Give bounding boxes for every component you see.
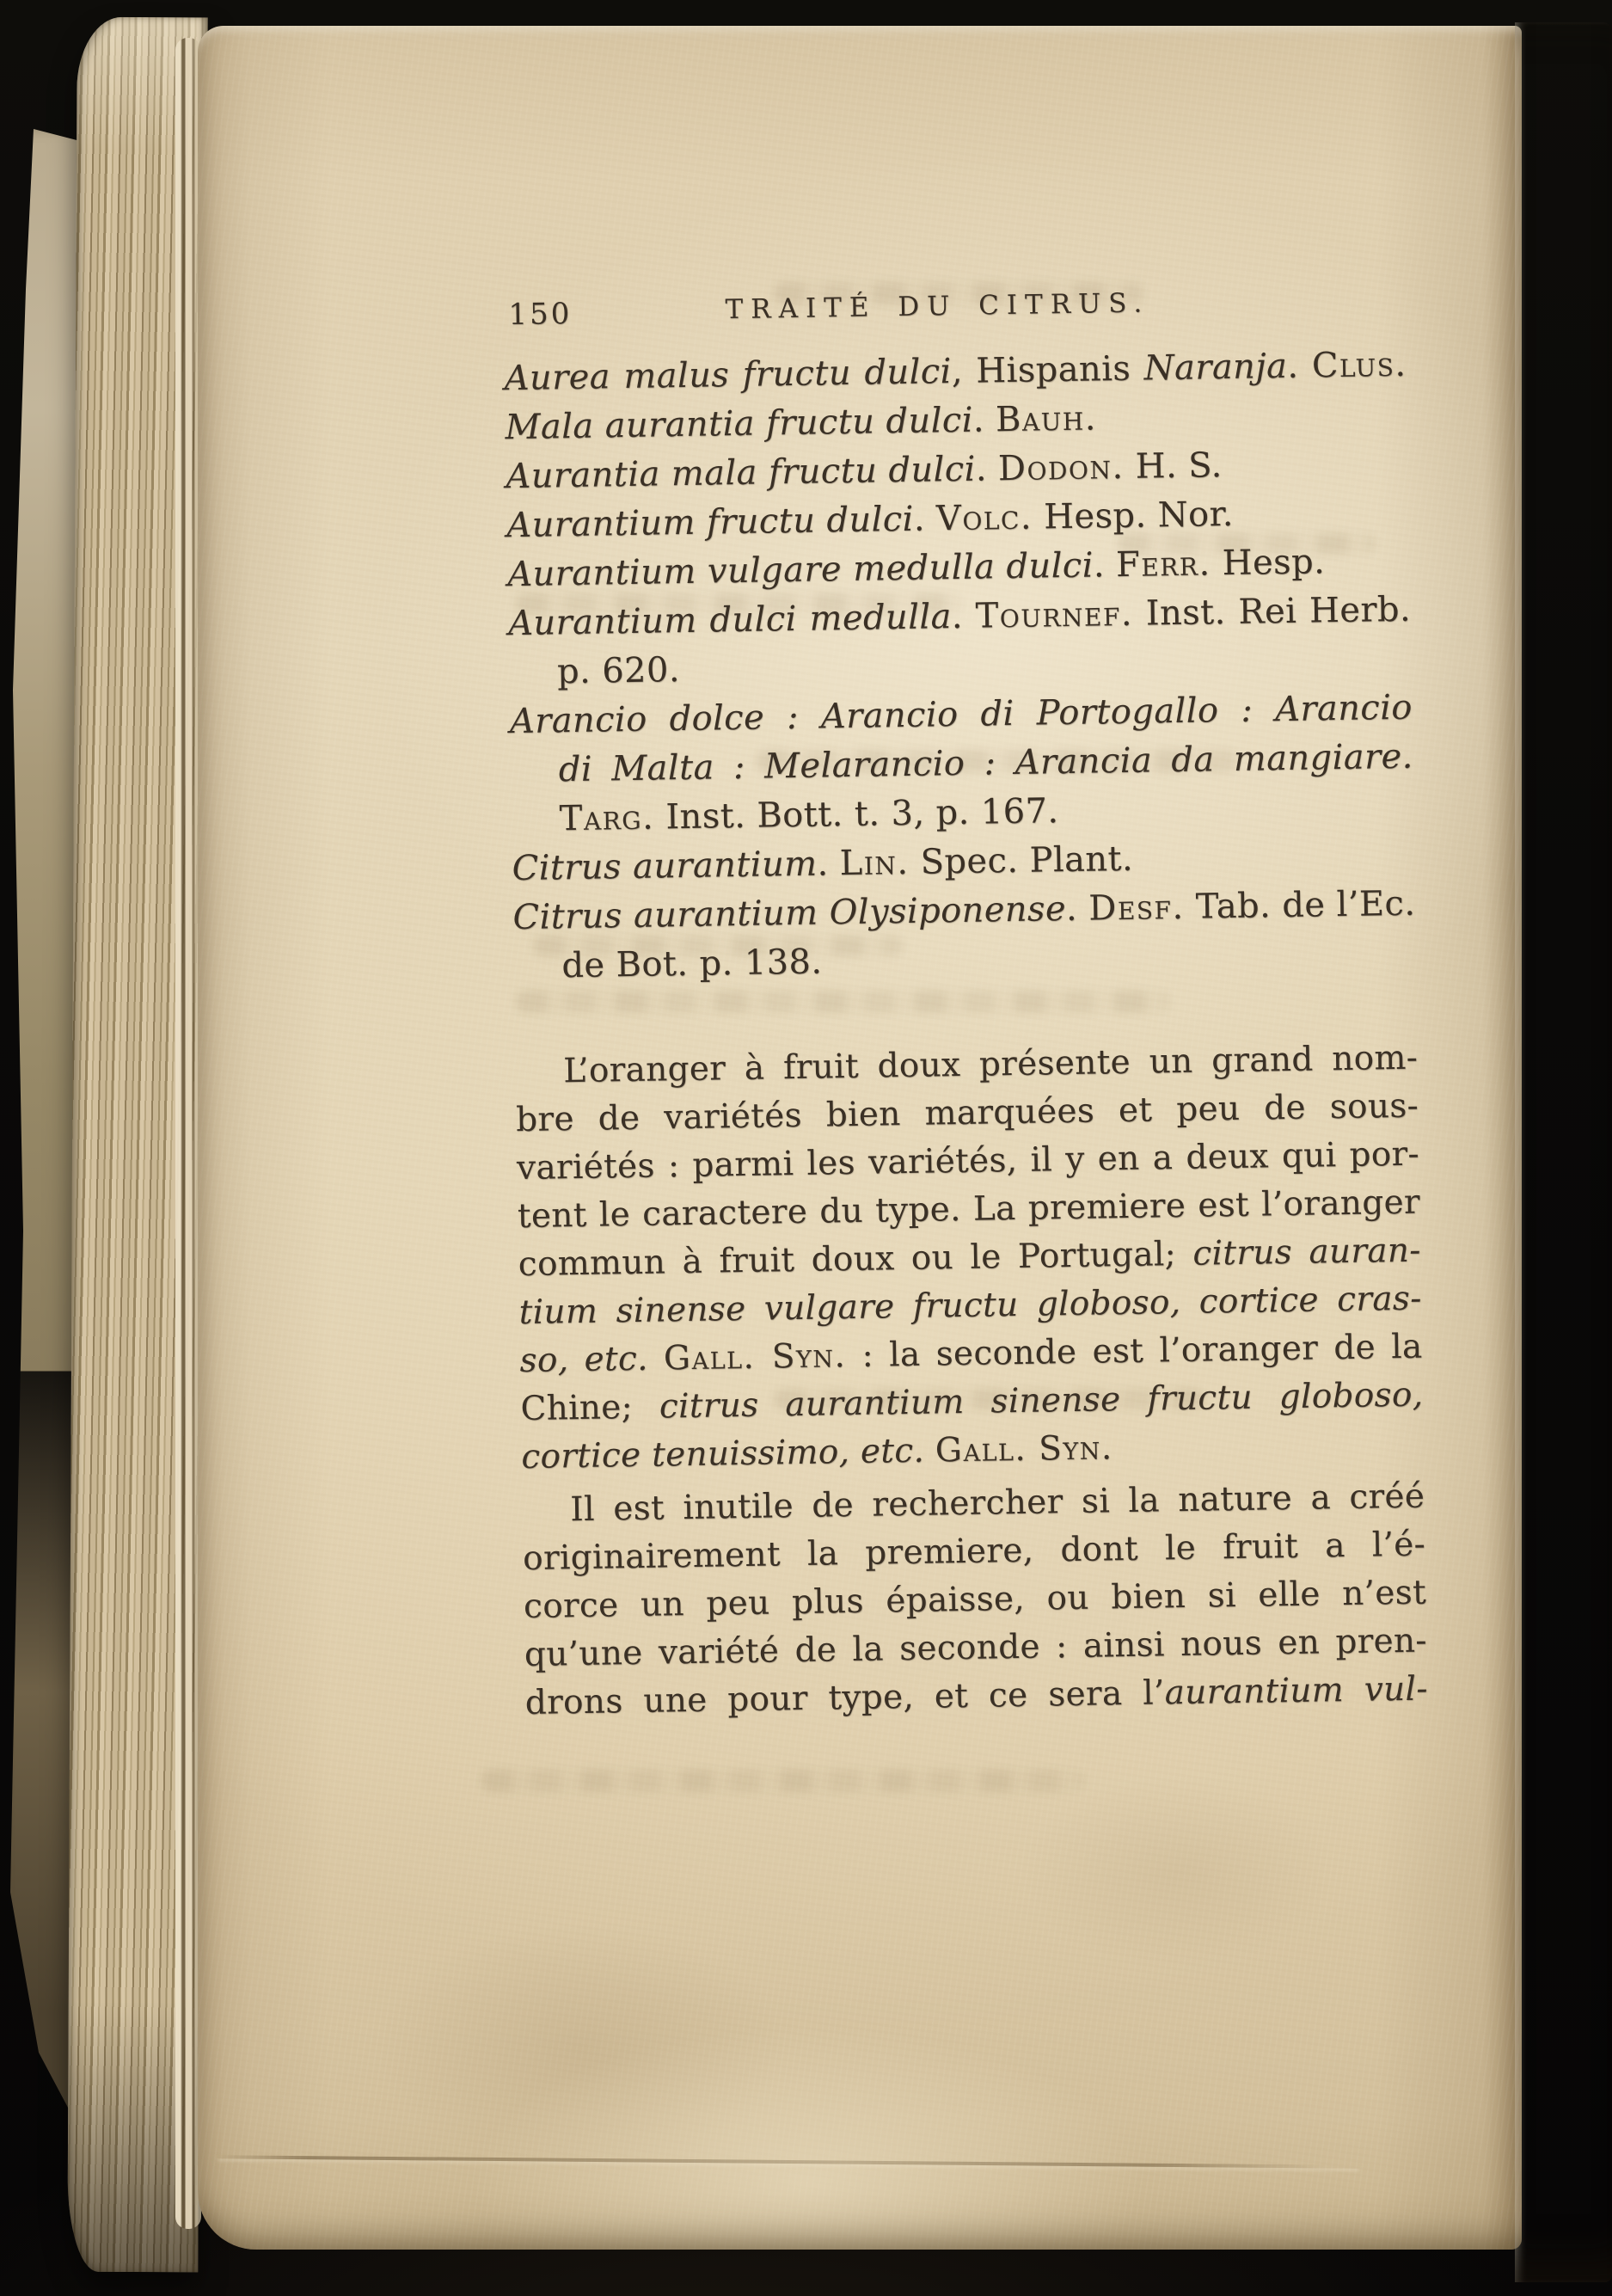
text-segment: Naranja <box>1143 347 1287 389</box>
text-segment: Aurantia mala fructu dulci <box>506 450 976 497</box>
text-segment: Aurea malus fructu dulci <box>504 352 952 398</box>
text-segment: Inst. Rei Herb. <box>1133 590 1412 634</box>
text-segment: L’oranger à fruit doux présente un grand… <box>563 1039 1419 1091</box>
text-segment: drons une pour type, et ce sera l’ <box>525 1673 1166 1722</box>
text-segment: Hesp. <box>1211 542 1325 583</box>
author-abbreviation: Ferr. <box>1116 543 1211 585</box>
text-segment: variétés : parmi les variétés, il y en a… <box>517 1135 1420 1188</box>
text-segment: Aurantium fructu dulci <box>506 500 914 545</box>
text-segment: . <box>1287 346 1312 385</box>
text-segment: . <box>951 597 976 636</box>
text-segment: Inst. Bott. t. 3, p. 167. <box>654 791 1059 837</box>
text-segment: . <box>975 449 998 488</box>
text-segment: Tab. de l’Ec. <box>1184 884 1416 927</box>
text-segment: Citrus aurantium <box>512 844 818 889</box>
text-segment: H. S. <box>1124 445 1223 487</box>
text-segment: Il est inutile de rechercher si la natur… <box>570 1477 1425 1530</box>
text-segment: Citrus aurantium Olysiponense <box>512 889 1066 937</box>
synonym-list: Aurea malus fructu dulci, Hispanis Naran… <box>504 341 1417 991</box>
text-segment: Aurantium vulgare medulla dulci <box>507 546 1094 595</box>
author-abbreviation: Dodon. <box>998 447 1125 488</box>
text-segment: Mala aurantia fructu dulci <box>505 401 973 448</box>
author-abbreviation: Lin. <box>839 843 910 883</box>
text-segment: corce un peu plus épaisse, ou bien si el… <box>524 1574 1427 1626</box>
text-segment: p. 620. <box>557 650 681 691</box>
text-segment: Chine; <box>520 1388 659 1429</box>
text-segment: . <box>817 844 840 883</box>
paragraph-2: Il est inutile de rechercher si la natur… <box>522 1473 1428 1728</box>
text-segment: Hesp. Nor. <box>1033 494 1234 537</box>
text-segment: tent le caractere du type. La premiere e… <box>518 1183 1421 1236</box>
book-scan: { "page": { "number": "150", "running_ti… <box>0 0 1612 2296</box>
text-segment: : la seconde est l’oranger de la <box>846 1328 1423 1376</box>
text-segment: de Bot. p. 138. <box>561 942 823 986</box>
author-abbreviation: Gall. Syn. <box>664 1336 847 1378</box>
author-abbreviation: Desf. <box>1088 887 1185 929</box>
text-segment: citrus aurantium sinense fructu globoso, <box>659 1376 1424 1427</box>
text-segment: di Malta : Melarancio : Arancia da mangi… <box>558 737 1413 790</box>
text-segment: tium sinense vulgare fructu globoso, cor… <box>518 1280 1422 1332</box>
author-abbreviation: Targ. <box>559 798 654 839</box>
paragraph-1: L’oranger à fruit doux présente un grand… <box>515 1034 1425 1482</box>
text-segment: commun à fruit doux ou le Portugal; <box>518 1235 1192 1284</box>
author-abbreviation: Bauh. <box>996 398 1098 439</box>
gutter-and-next-page <box>1515 22 1612 2282</box>
text-segment: cortice tenuissimo, etc. <box>521 1432 935 1477</box>
author-abbreviation: Volc. <box>936 498 1033 539</box>
page-text-block: 150 TRAITÉ DU CITRUS. Aurea malus fructu… <box>503 277 1428 1728</box>
text-segment: . <box>1093 545 1116 585</box>
author-abbreviation: Tournef. <box>975 594 1133 636</box>
text-segment: , Hispanis <box>951 349 1144 392</box>
text-segment: Aurantium dulci medulla <box>508 597 952 643</box>
running-title: TRAITÉ DU CITRUS. <box>503 284 1371 328</box>
text-segment: qu’une variété de la seconde : ainsi nou… <box>524 1622 1428 1674</box>
showthrough-streak <box>481 1770 1083 1792</box>
text-segment: Spec. Plant. <box>909 839 1133 882</box>
text-segment: so, etc. <box>519 1339 664 1380</box>
author-abbreviation: Gall. Syn. <box>935 1428 1114 1470</box>
text-segment: . <box>1066 889 1089 929</box>
text-segment: originairement la premiere, dont le frui… <box>523 1526 1426 1578</box>
text-segment: . <box>972 400 996 439</box>
text-segment: aurantium vul- <box>1164 1670 1428 1713</box>
text-segment: Arancio dolce : Arancio di Portogallo : … <box>510 688 1413 741</box>
author-abbreviation: Clus. <box>1312 345 1407 386</box>
text-segment: . <box>913 499 936 538</box>
text-segment: citrus auran- <box>1192 1231 1421 1274</box>
text-segment: bre de variétés bien marquées et peu de … <box>516 1087 1419 1139</box>
